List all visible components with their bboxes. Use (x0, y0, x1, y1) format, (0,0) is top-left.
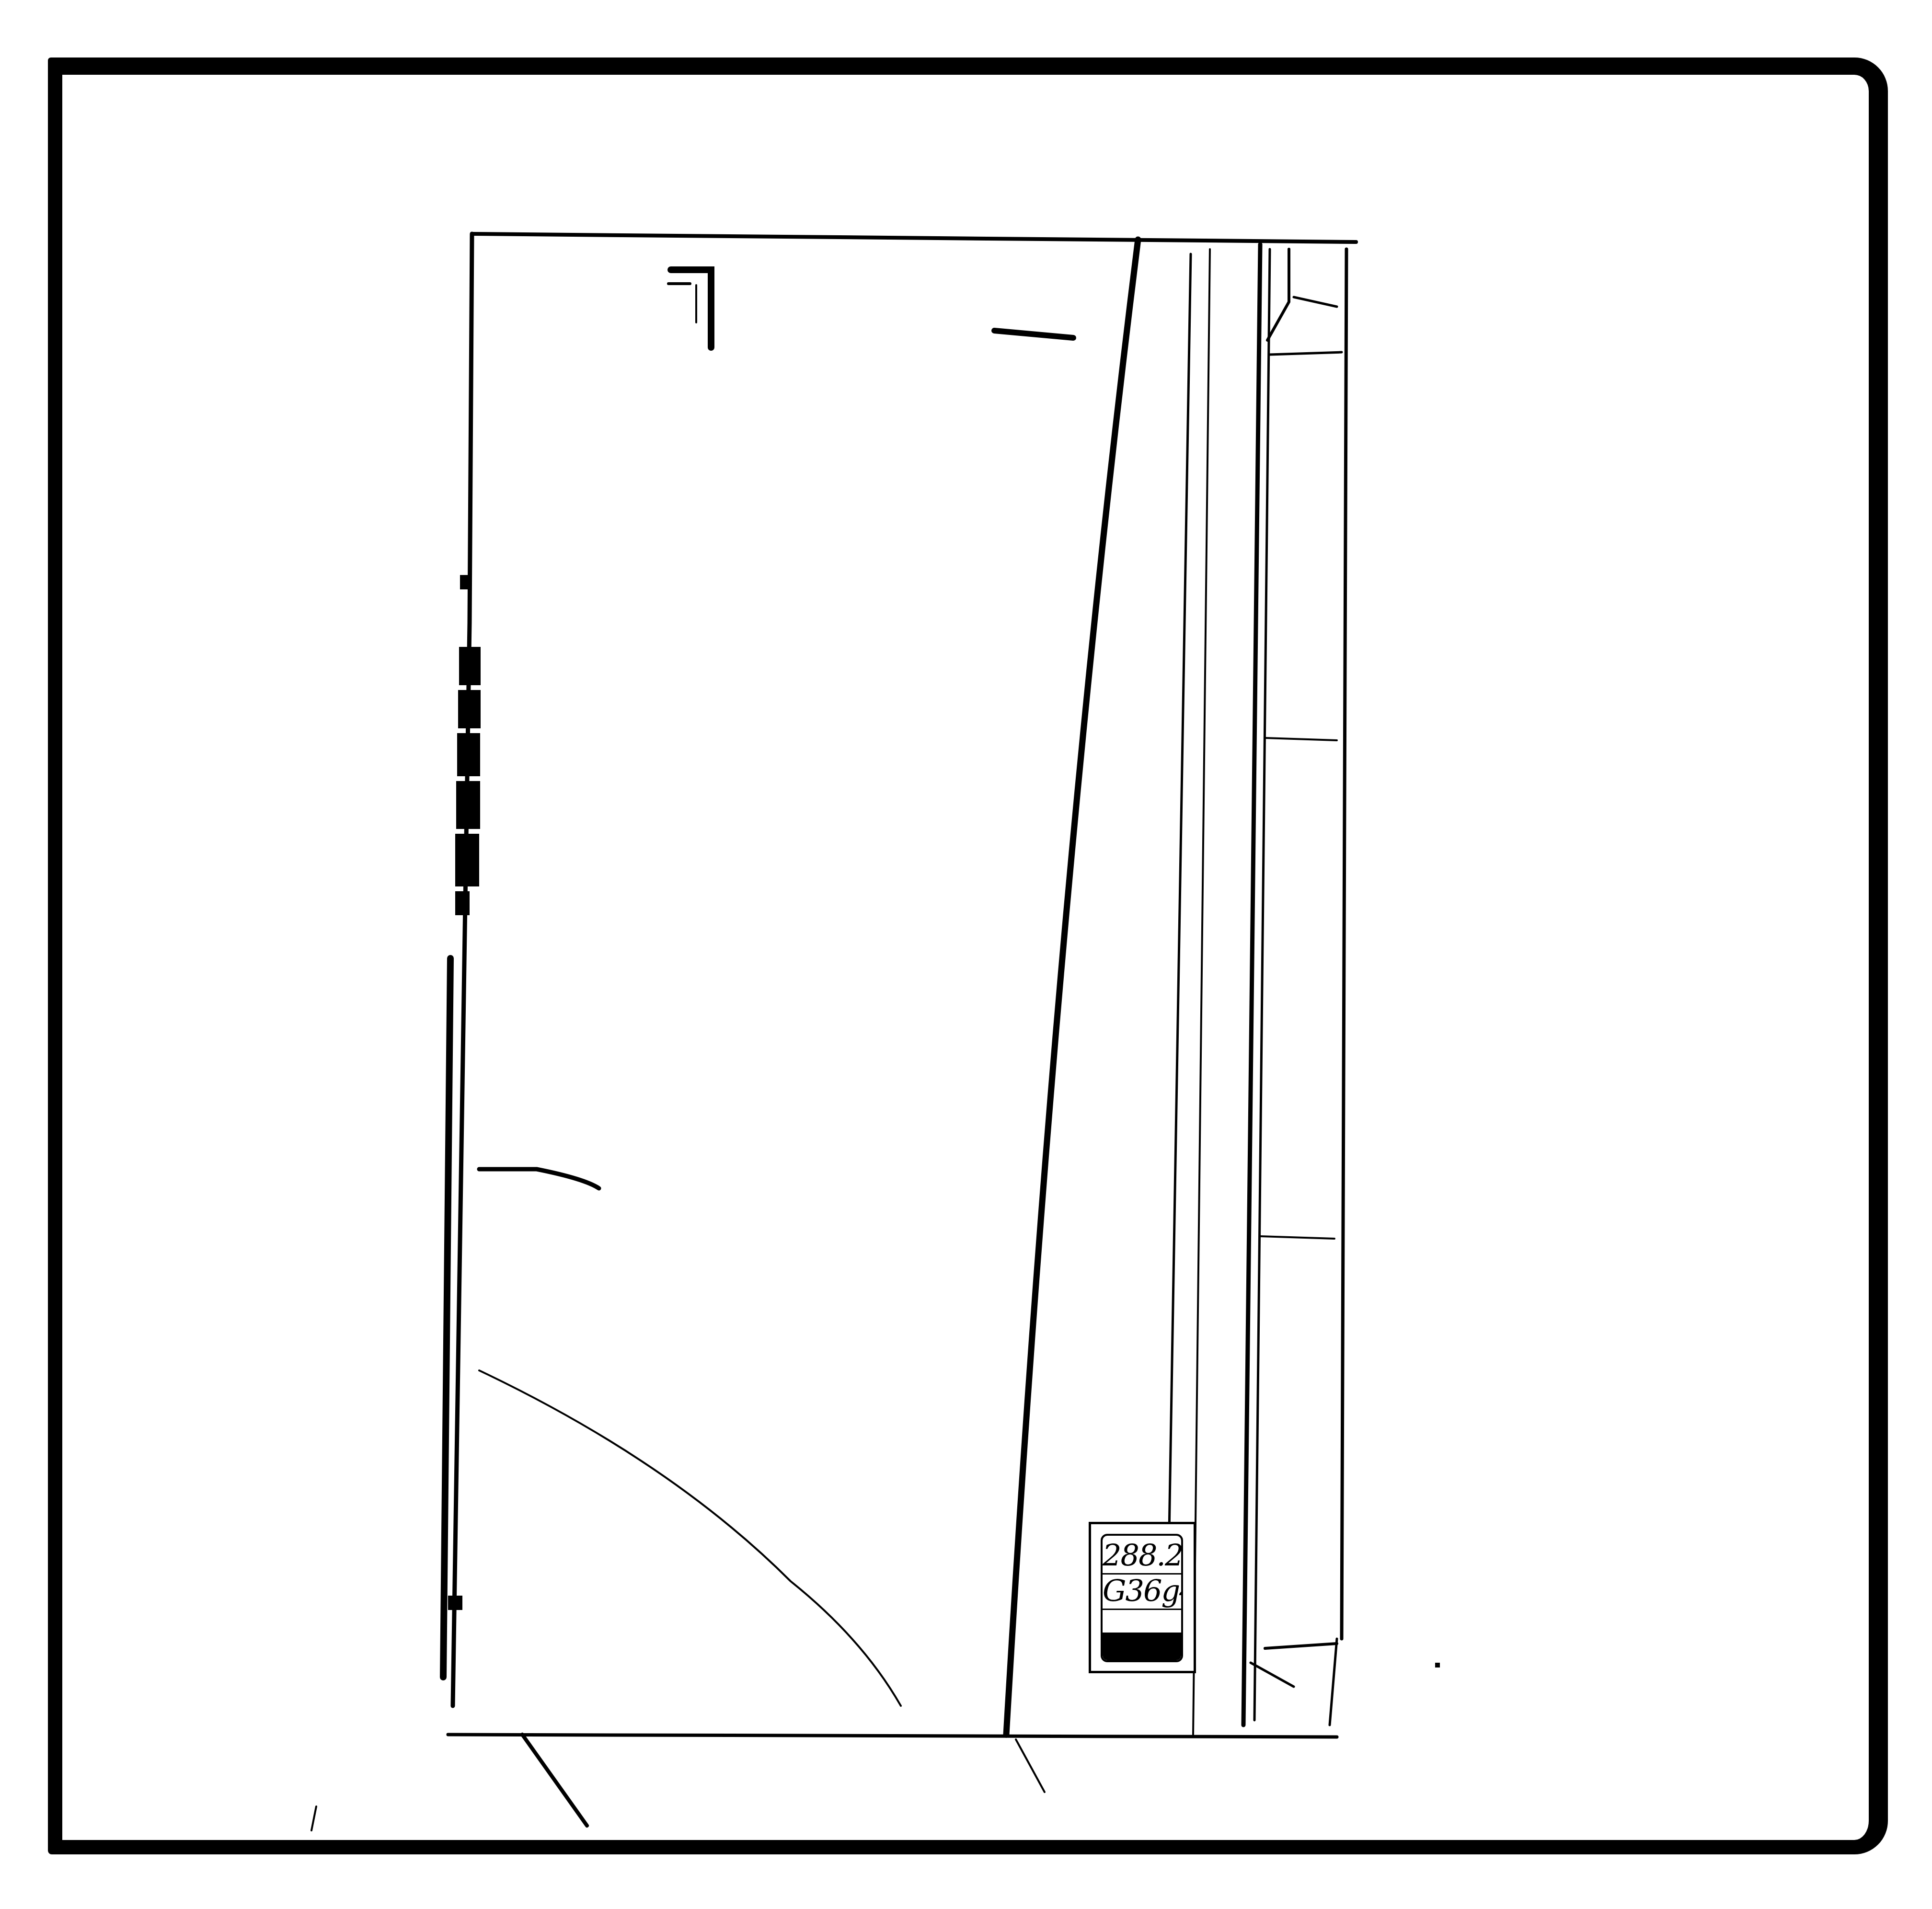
label-color-band (1103, 1633, 1181, 1660)
book-cover-outline (0, 0, 1932, 1909)
call-number-label-inner: 288.22 G36g4 (1101, 1534, 1183, 1662)
call-number-label: 288.22 G36g4 (1089, 1522, 1196, 1673)
call-number-class: 288.22 (1103, 1538, 1181, 1575)
scanned-page: 288.22 G36g4 (0, 0, 1932, 1909)
call-number-cutter: G36g4 (1103, 1573, 1181, 1610)
book-title-strip (458, 570, 484, 915)
